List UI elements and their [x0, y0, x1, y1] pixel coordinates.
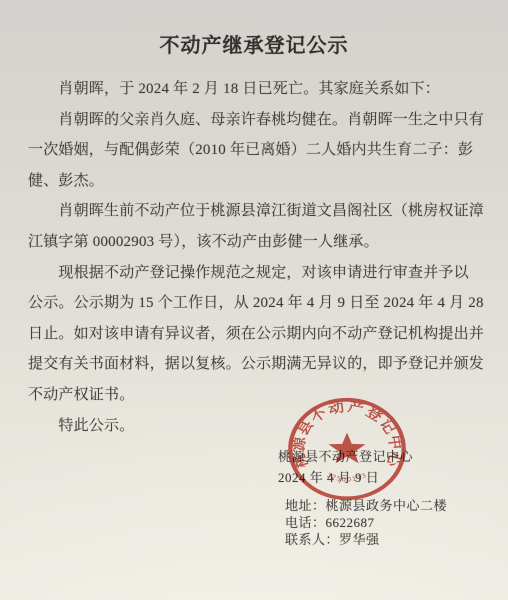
signature-block: 桃源县不动产登记中心 2024 年 4 月 9 日 [278, 446, 413, 488]
body-line: 肖朝晖，于 2024 年 2 月 18 日已死亡。其家庭关系如下： [28, 74, 484, 105]
body-line: 健、彭杰。 [28, 166, 484, 197]
document-page: 不动产继承登记公示 肖朝晖，于 2024 年 2 月 18 日已死亡。其家庭关系… [0, 0, 508, 600]
body-line: 江镇字第 00002903 号），该不动产由彭健一人继承。 [28, 227, 484, 258]
body-line: 日止。如对该申请有异议者，须在公示期内向不动产登记机构提出并 [28, 319, 484, 350]
signature-org: 桃源县不动产登记中心 [278, 446, 413, 467]
body-line: 一次婚姻，与配偶彭荣（2010 年已离婚）二人婚内共生育二子：彭 [28, 135, 484, 166]
contact-address: 地址：桃源县政务中心二楼 [285, 497, 447, 514]
document-body: 肖朝晖，于 2024 年 2 月 18 日已死亡。其家庭关系如下： 肖朝晖的父亲… [28, 74, 484, 441]
signature-date: 2024 年 4 月 9 日 [278, 467, 413, 488]
contact-block: 地址：桃源县政务中心二楼 电话：6622687 联系人：罗华强 [285, 497, 447, 548]
body-line: 特此公示。 [28, 411, 484, 442]
body-line: 公示。公示期为 15 个工作日，从 2024 年 4 月 9 日至 2024 年… [28, 288, 484, 319]
contact-phone: 电话：6622687 [285, 514, 447, 531]
page-title: 不动产继承登记公示 [0, 29, 508, 58]
body-line: 肖朝晖的父亲肖久庭、母亲许春桃均健在。肖朝晖一生之中只有 [28, 105, 484, 136]
body-line: 现根据不动产登记操作规范之规定，对该申请进行审查并予以 [28, 258, 484, 289]
contact-person: 联系人：罗华强 [285, 531, 447, 548]
body-line: 肖朝晖生前不动产位于桃源县漳江街道文昌阁社区（桃房权证漳 [28, 196, 484, 227]
body-line: 提交有关书面材料，据以复核。公示期满无异议的，即予登记并颁发 [28, 349, 484, 380]
body-line: 不动产权证书。 [28, 380, 484, 411]
